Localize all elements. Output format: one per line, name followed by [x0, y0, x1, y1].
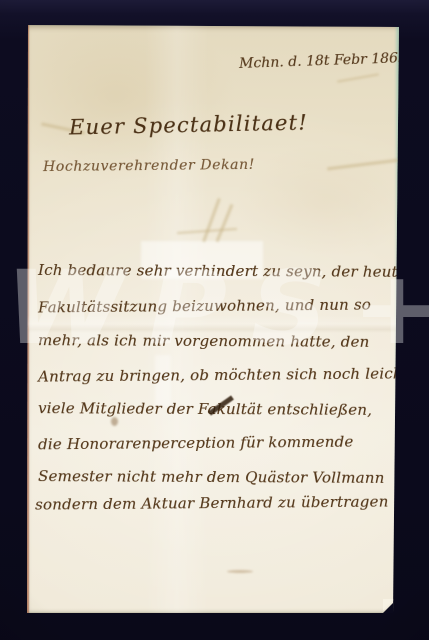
body-line: die Honorarenperception für kommende: [38, 433, 354, 454]
body-line: Ich bedaure sehr verhindert zu seyn, der…: [38, 261, 429, 281]
salutation: Euer Spectabilitaet!: [69, 111, 308, 140]
ink-bleedthrough-mark: [216, 204, 234, 242]
body-line: Antrag zu bringen, ob möchten sich noch …: [38, 364, 409, 385]
body-line: viele Mitglieder der Fakultät entschließ…: [38, 399, 372, 419]
body-line: Semester nicht mehr dem Quästor Vollmann: [38, 467, 385, 487]
paper-stain: [227, 570, 253, 573]
manuscript-paper: Mchn. d. 18t Febr 1865. Euer Spectabilit…: [27, 25, 399, 613]
greeting-line: Hochzuverehrender Dekan!: [43, 157, 255, 175]
ink-bleedthrough-mark: [327, 159, 399, 171]
dateline: Mchn. d. 18t Febr 1865.: [239, 50, 412, 72]
paper-stain: [111, 417, 118, 426]
body-line: sondern dem Aktuar Bernhard zu übertrage…: [35, 492, 409, 513]
horizontal-fold-crease: [27, 315, 399, 333]
body-line: Fakultätssitzung beizuwohnen, und nun so: [38, 296, 371, 317]
ink-bleedthrough-mark: [337, 73, 379, 82]
letter-photograph: Mchn. d. 18t Febr 1865. Euer Spectabilit…: [0, 0, 429, 640]
body-line: mehr, als ich mir vorgenommen hatte, den: [38, 331, 370, 351]
